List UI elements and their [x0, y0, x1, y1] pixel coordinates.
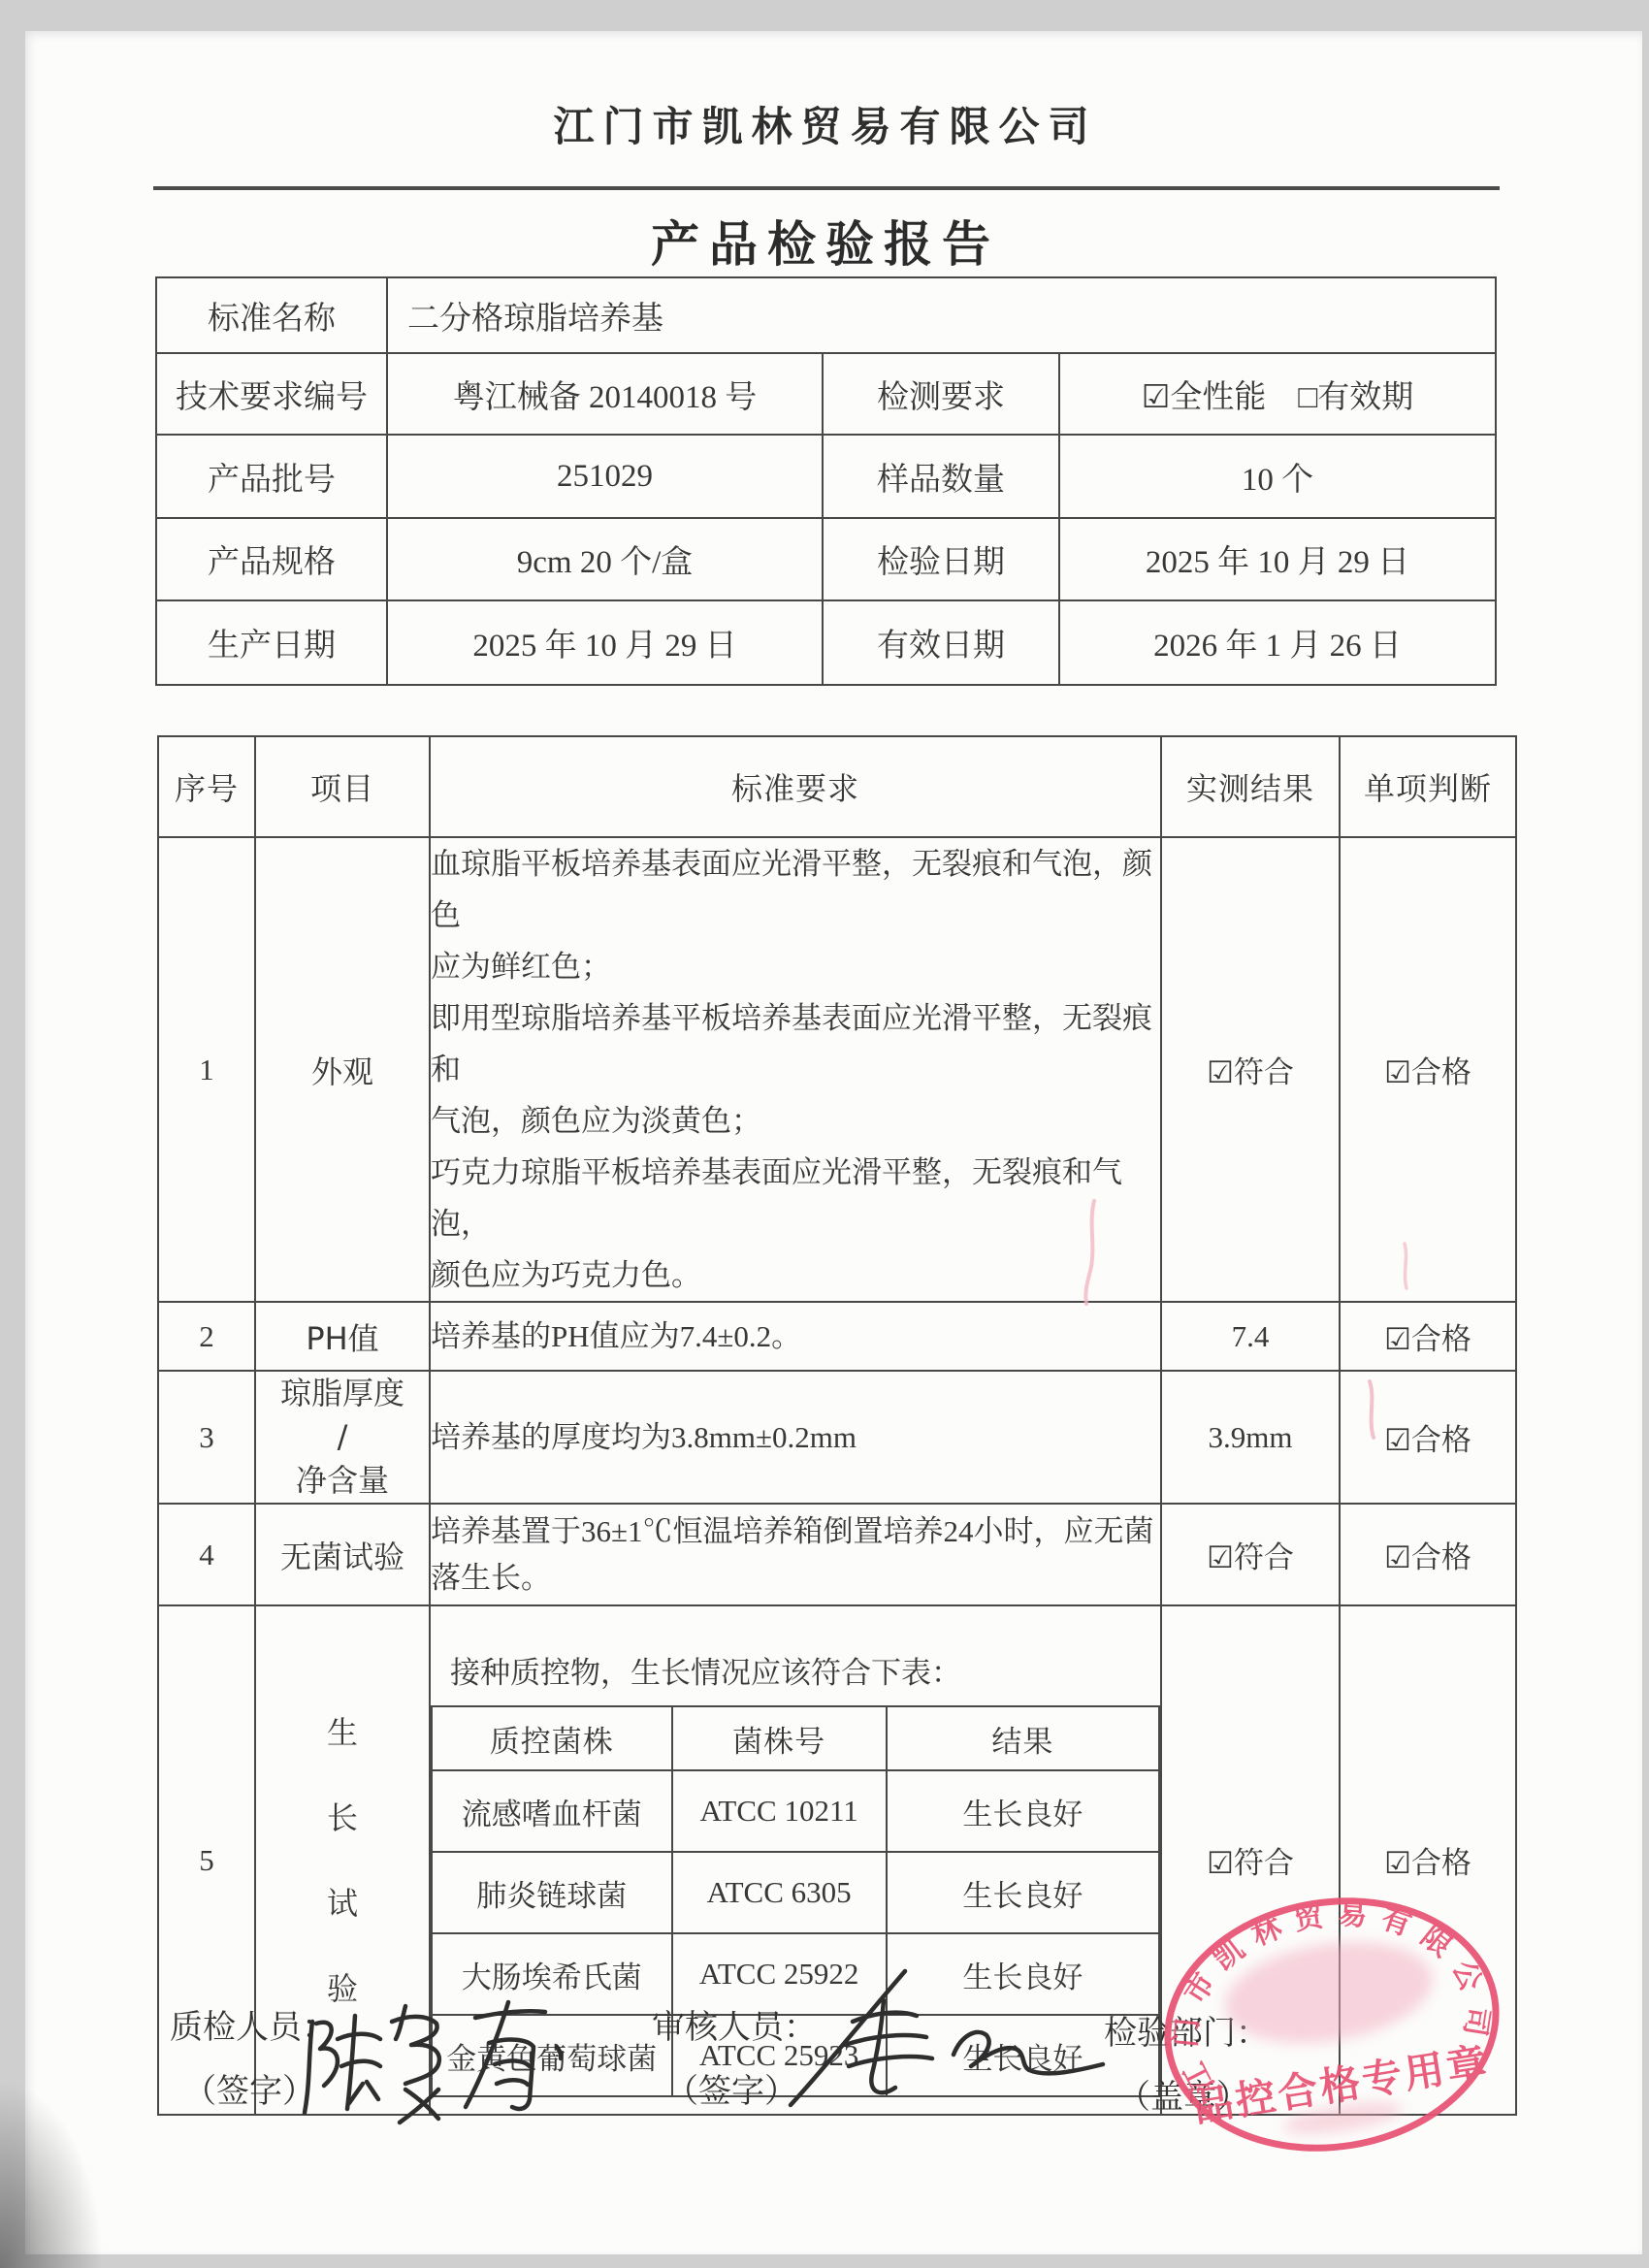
row-no: 4: [158, 1504, 255, 1605]
page-title: 产品检验报告: [155, 206, 1496, 275]
col-header-judgement: 单项判断: [1340, 736, 1516, 837]
results-row: 1 外观 血琼脂平板培养基表面应光滑平整，无裂痕和气泡，颜色 应为鲜红色； 即用…: [158, 837, 1516, 1302]
info-label: 生产日期: [156, 600, 387, 685]
row-item: PH值: [255, 1302, 430, 1371]
growth-col-result: 结果: [887, 1706, 1159, 1770]
row-result: 3.9mm: [1161, 1371, 1340, 1504]
info-label: 检验日期: [823, 518, 1059, 600]
info-label: 产品规格: [156, 518, 387, 600]
company-stamp: 江门市凯林贸易有限公司 品控合格专用章: [1148, 1874, 1516, 2175]
info-row: 技术要求编号 粤江械备 20140018 号 检测要求 ☑全性能 □有效期: [156, 353, 1496, 435]
row-requirement: 血琼脂平板培养基表面应光滑平整，无裂痕和气泡，颜色 应为鲜红色； 即用型琼脂培养…: [430, 837, 1161, 1302]
row-item: 无菌试验: [255, 1504, 430, 1605]
row-item: 琼脂厚度 / 净含量: [255, 1371, 430, 1504]
scan-shadow-artifact: [0, 2074, 107, 2268]
strain-result: 生长良好: [887, 1852, 1159, 1933]
row-judgement: ☑合格: [1340, 1371, 1516, 1504]
row-result: ☑符合: [1161, 837, 1340, 1302]
results-header-row: 序号 项目 标准要求 实测结果 单项判断: [158, 736, 1516, 837]
info-row: 生产日期 2025 年 10 月 29 日 有效日期 2026 年 1 月 26…: [156, 600, 1496, 685]
info-label: 产品批号: [156, 435, 387, 518]
company-name: 江门市凯林贸易有限公司: [155, 95, 1496, 153]
info-value: 9cm 20 个/盒: [387, 518, 823, 600]
info-label: 有效日期: [823, 600, 1059, 685]
row-result: ☑符合: [1161, 1504, 1340, 1605]
scanned-report-page: { "header": { "company": "江门市凯林贸易有限公司", …: [0, 0, 1649, 2268]
info-value: 粤江械备 20140018 号: [387, 353, 823, 435]
header-divider: [153, 186, 1500, 190]
info-value-checkboxes: ☑全性能 □有效期: [1059, 353, 1496, 435]
results-row: 2 PH值 培养基的PH值应为7.4±0.2。 7.4 ☑合格: [158, 1302, 1516, 1371]
strain-name: 肺炎链球菌: [432, 1852, 672, 1933]
info-row: 产品批号 251029 样品数量 10 个: [156, 435, 1496, 518]
growth-row: 肺炎链球菌 ATCC 6305 生长良好: [432, 1852, 1159, 1933]
info-label: 技术要求编号: [156, 353, 387, 435]
col-header-no: 序号: [158, 736, 255, 837]
strain-number: ATCC 6305: [672, 1852, 887, 1933]
row-no: 2: [158, 1302, 255, 1371]
info-label: 标准名称: [156, 277, 387, 353]
info-row: 标准名称 二分格琼脂培养基: [156, 277, 1496, 353]
col-header-item: 项目: [255, 736, 430, 837]
row-no: 1: [158, 837, 255, 1302]
growth-row: 流感嗜血杆菌 ATCC 10211 生长良好: [432, 1770, 1159, 1852]
row-no: 3: [158, 1371, 255, 1504]
row-item: 外观: [255, 837, 430, 1302]
row-judgement: ☑合格: [1340, 1302, 1516, 1371]
results-row: 4 无菌试验 培养基置于36±1℃恒温培养箱倒置培养24小时，应无菌 落生长。 …: [158, 1504, 1516, 1605]
info-label: 样品数量: [823, 435, 1059, 518]
row-judgement: ☑合格: [1340, 837, 1516, 1302]
col-header-result: 实测结果: [1161, 736, 1340, 837]
growth-col-strain: 质控菌株: [432, 1706, 672, 1770]
growth-header-row: 质控菌株 菌株号 结果: [432, 1706, 1159, 1770]
row-requirement: 培养基的厚度均为3.8mm±0.2mm: [430, 1371, 1161, 1504]
growth-intro: 接种质控物，生长情况应该符合下表：: [450, 1648, 1160, 1692]
growth-col-number: 菌株号: [672, 1706, 887, 1770]
info-row: 产品规格 9cm 20 个/盒 检验日期 2025 年 10 月 29 日: [156, 518, 1496, 600]
strain-result: 生长良好: [887, 1770, 1159, 1852]
reviewer-signature: [771, 1961, 1111, 2122]
info-value: 2026 年 1 月 26 日: [1059, 600, 1496, 685]
info-value: 10 个: [1059, 435, 1496, 518]
strain-number: ATCC 10211: [672, 1770, 887, 1852]
strain-name: 流感嗜血杆菌: [432, 1770, 672, 1852]
inspector-signature: [291, 1989, 572, 2139]
row-judgement: ☑合格: [1340, 1504, 1516, 1605]
info-value: 251029: [387, 435, 823, 518]
info-table: 标准名称 二分格琼脂培养基 技术要求编号 粤江械备 20140018 号 检测要…: [155, 276, 1497, 686]
info-value: 2025 年 10 月 29 日: [1059, 518, 1496, 600]
row-result: 7.4: [1161, 1302, 1340, 1371]
info-value: 2025 年 10 月 29 日: [387, 600, 823, 685]
info-label: 检测要求: [823, 353, 1059, 435]
col-header-requirement: 标准要求: [430, 736, 1161, 837]
results-row: 3 琼脂厚度 / 净含量 培养基的厚度均为3.8mm±0.2mm 3.9mm ☑…: [158, 1371, 1516, 1504]
info-value: 二分格琼脂培养基: [387, 277, 1496, 353]
row-requirement: 培养基置于36±1℃恒温培养箱倒置培养24小时，应无菌 落生长。: [430, 1504, 1161, 1605]
row-requirement: 培养基的PH值应为7.4±0.2。: [430, 1302, 1161, 1371]
